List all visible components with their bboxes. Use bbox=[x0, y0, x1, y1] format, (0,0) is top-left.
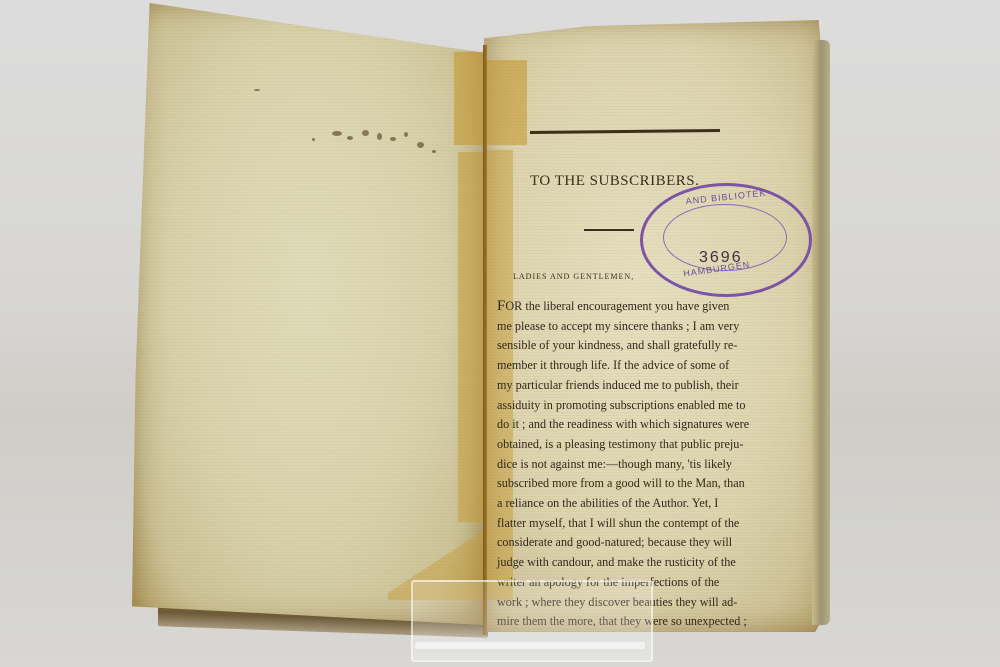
library-stamp: AND BIBLIOTEK 3696 HAMBURGEN bbox=[640, 183, 812, 297]
foxing-spot bbox=[332, 131, 342, 136]
text-line: obtained, is a pleasing testimony that p… bbox=[497, 435, 733, 455]
repair-tape bbox=[487, 60, 527, 145]
decorative-rule bbox=[584, 229, 634, 231]
text-line: subscribed more from a good will to the … bbox=[497, 474, 733, 494]
text-line: sensible of your kindness, and shall gra… bbox=[497, 336, 733, 356]
foxing-spot bbox=[347, 136, 353, 140]
foxing-spot bbox=[432, 150, 436, 153]
foxing-spot bbox=[312, 138, 315, 141]
book-gutter bbox=[483, 45, 487, 635]
left-page-blank bbox=[132, 3, 484, 625]
text-line: my particular friends induced me to publ… bbox=[497, 376, 733, 396]
foxing-spot bbox=[390, 137, 396, 141]
page-heading: TO THE SUBSCRIBERS. bbox=[530, 173, 699, 190]
open-book: TO THE SUBSCRIBERS. LADIES AND GENTLEMEN… bbox=[0, 0, 1000, 667]
text-line: me please to accept my sincere thanks ; … bbox=[497, 317, 733, 337]
text-line: dice is not against me:—though many, 'ti… bbox=[497, 455, 733, 475]
text-line: judge with candour, and make the rustici… bbox=[497, 553, 733, 573]
foxing-spot bbox=[404, 132, 408, 137]
repair-tape bbox=[458, 152, 484, 522]
text-line: FOR the liberal encouragement you have g… bbox=[497, 297, 733, 317]
foxing-spot bbox=[254, 89, 260, 91]
acrylic-stand-lip bbox=[415, 642, 645, 649]
text-line: do it ; and the readiness with which sig… bbox=[497, 415, 733, 435]
foxing-spot bbox=[362, 130, 369, 136]
text-line: a reliance on the abilities of the Autho… bbox=[497, 494, 733, 514]
text-line: considerate and good-natured; because th… bbox=[497, 533, 733, 553]
salutation: LADIES AND GENTLEMEN, bbox=[513, 272, 634, 281]
foxing-spot bbox=[417, 142, 424, 148]
text-line: member it through life. If the advice of… bbox=[497, 356, 733, 376]
text-line: flatter myself, that I will shun the con… bbox=[497, 514, 733, 534]
foxing-spot bbox=[377, 133, 382, 140]
acrylic-book-stand bbox=[411, 580, 653, 662]
page-fore-edge bbox=[812, 40, 830, 625]
repair-tape bbox=[454, 52, 484, 145]
text-line: assiduity in promoting subscriptions ena… bbox=[497, 396, 733, 416]
